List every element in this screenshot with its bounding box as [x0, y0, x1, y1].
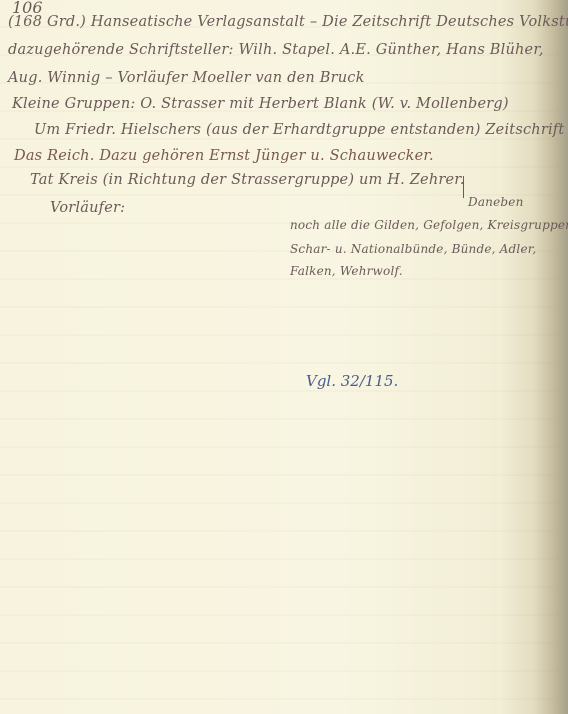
text-line-2: dazugehörende Schriftsteller: Wilh. Stap…: [8, 42, 544, 58]
text-line-1: (168 Grd.) Hanseatische Verlagsanstalt –…: [8, 14, 568, 30]
side-note-line-4: Falken, Wehrwolf.: [290, 264, 403, 278]
side-note-line-2: noch alle die Gilden, Gefolgen, Kreisgru…: [290, 218, 568, 232]
insertion-mark: [463, 176, 464, 198]
text-line-7: Tat Kreis (in Richtung der Strassergrupp…: [30, 172, 465, 188]
text-line-8: Vorläufer:: [50, 200, 125, 216]
side-note-line-1: Daneben: [468, 195, 524, 209]
manuscript-page: 106 (168 Grd.) Hanseatische Verlagsansta…: [0, 0, 568, 714]
text-line-3: Aug. Winnig – Vorläufer Moeller van den …: [8, 70, 365, 86]
side-note-line-3: Schar- u. Nationalbünde, Bünde, Adler,: [290, 242, 536, 256]
text-line-5: Um Friedr. Hielschers (aus der Erhardtgr…: [34, 122, 564, 138]
text-line-6: Das Reich. Dazu gehören Ernst Jünger u. …: [14, 148, 434, 164]
reference-signature: Vgl. 32/115.: [306, 372, 398, 390]
text-line-4: Kleine Gruppen: O. Strasser mit Herbert …: [12, 96, 509, 112]
